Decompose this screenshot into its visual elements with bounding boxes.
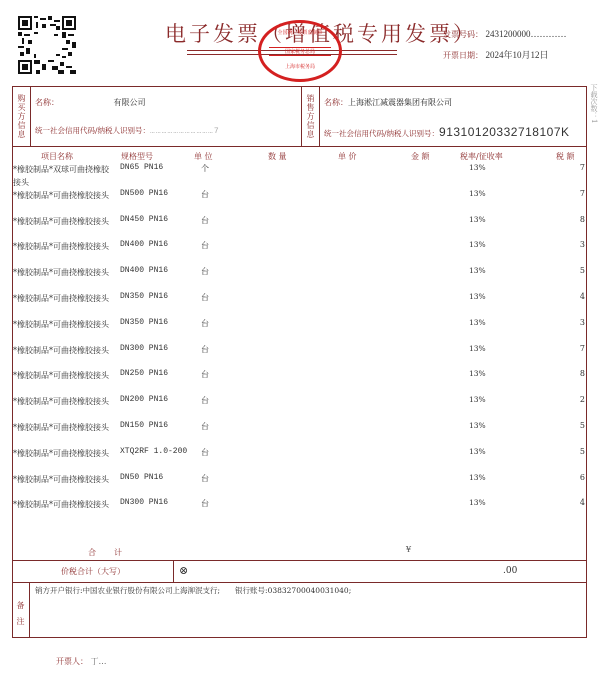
item-unit: 台	[201, 344, 209, 355]
item-name: *橡胶制品*可曲挠橡胶接头	[13, 447, 116, 460]
item-unit: 台	[201, 215, 209, 226]
item-tax-amount: 5	[580, 421, 585, 430]
item-tax-amount: 2	[580, 395, 585, 404]
item-spec: DN350 PN16	[120, 318, 168, 327]
table-row: *橡胶制品*可曲挠橡胶接头DN150 PN16台13%5	[13, 419, 586, 445]
item-tax-rate: 13%	[469, 421, 486, 430]
item-unit: 台	[201, 421, 209, 432]
item-unit: 台	[201, 369, 209, 380]
seller-name-value: 上海淞江减震器集团有限公司	[348, 98, 452, 107]
item-spec: DN150 PN16	[120, 421, 168, 430]
totals-label: 合计	[88, 547, 140, 558]
item-spec: DN350 PN16	[120, 292, 168, 301]
item-name: *橡胶制品*可曲挠橡胶接头	[13, 344, 116, 357]
item-tax-amount: 5	[580, 447, 585, 456]
buyer-name-label: 名称：	[35, 98, 59, 107]
item-tax-amount: 5	[580, 266, 585, 275]
item-spec: DN65 PN16	[120, 163, 163, 172]
remarks-section: 备注 销方开户银行:中国农业银行股份有限公司上海泖泯支行; 银行账号:03832…	[13, 583, 586, 637]
item-spec: DN400 PN16	[120, 266, 168, 275]
seller-name-label: 名称：	[324, 98, 348, 107]
qr-code	[18, 16, 76, 74]
buyer-name: 名称： 有限公司	[35, 97, 146, 108]
seller-name: 名称：上海淞江减震器集团有限公司	[324, 97, 452, 108]
item-tax-rate: 13%	[469, 344, 486, 353]
grand-total-label: 价税合计（大写）	[13, 561, 174, 582]
buyer-tax-id-label: 统一社会信用代码/纳税人识别号：	[35, 126, 150, 135]
item-spec: DN200 PN16	[120, 395, 168, 404]
buyer-tax-id: 统一社会信用代码/纳税人识别号：……………………………7	[35, 125, 220, 136]
issue-date-label: 开票日期：	[443, 51, 483, 60]
item-unit: 个	[201, 163, 209, 174]
item-name: *橡胶制品*可曲挠橡胶接头	[13, 421, 116, 434]
item-tax-rate: 13%	[469, 292, 486, 301]
invoice-number: 发票号码： 2431200000…………	[443, 29, 567, 40]
item-tax-rate: 13%	[469, 240, 486, 249]
line-items: *橡胶制品*双球可曲挠橡胶接头DN65 PN16个13%7*橡胶制品*可曲挠橡胶…	[13, 161, 586, 522]
item-spec: DN50 PN16	[120, 473, 163, 482]
item-tax-amount: 4	[580, 292, 585, 301]
download-count: 下载次数：1	[589, 84, 599, 123]
grand-total-amount: .00	[503, 566, 517, 576]
totals-row: 合计 ¥	[13, 519, 586, 561]
issuer: 开票人： 丁…	[56, 656, 107, 667]
item-tax-amount: 7	[580, 163, 585, 172]
issue-date: 开票日期： 2024年10月12日	[443, 48, 549, 61]
table-row: *橡胶制品*可曲挠橡胶接头DN300 PN16台13%7	[13, 342, 586, 368]
item-name: *橡胶制品*可曲挠橡胶接头	[13, 498, 116, 511]
item-tax-amount: 7	[580, 189, 585, 198]
item-spec: DN300 PN16	[120, 344, 168, 353]
issue-date-value: 2024年10月12日	[486, 50, 549, 60]
item-tax-rate: 13%	[469, 318, 486, 327]
item-tax-rate: 13%	[469, 473, 486, 482]
table-row: *橡胶制品*可曲挠橡胶接头DN250 PN16台13%8	[13, 367, 586, 393]
item-spec: DN500 PN16	[120, 189, 168, 198]
item-tax-rate: 13%	[469, 189, 486, 198]
buyer-side-label: 购买方信息	[13, 87, 31, 146]
seller-tax-id-label: 统一社会信用代码/纳税人识别号：	[324, 129, 439, 138]
item-tax-amount: 6	[580, 473, 585, 482]
item-spec: DN400 PN16	[120, 240, 168, 249]
item-unit: 台	[201, 447, 209, 458]
table-row: *橡胶制品*可曲挠橡胶接头DN50 PN16台13%6	[13, 471, 586, 497]
item-tax-rate: 13%	[469, 369, 486, 378]
table-row: *橡胶制品*可曲挠橡胶接头DN350 PN16台13%3	[13, 316, 586, 342]
item-unit: 台	[201, 473, 209, 484]
item-spec: DN250 PN16	[120, 369, 168, 378]
remarks-text: 销方开户银行:中国农业银行股份有限公司上海泖泯支行; 银行账号:03832700…	[35, 585, 351, 596]
seller-tax-id-value: 91310120332718107K	[439, 125, 569, 139]
grand-total-row: 价税合计（大写） ⊗ .00	[13, 561, 586, 583]
item-unit: 台	[201, 292, 209, 303]
buyer-tax-id-value: ……………………………7	[150, 127, 220, 136]
item-tax-rate: 13%	[469, 498, 486, 507]
table-row: *橡胶制品*可曲挠橡胶接头XTQ2RF 1.0-200台13%5	[13, 445, 586, 471]
item-name: *橡胶制品*双球可曲挠橡胶接头	[13, 163, 116, 189]
seal-text-middle: 国家税务总局	[269, 47, 331, 56]
item-name: *橡胶制品*可曲挠橡胶接头	[13, 189, 116, 202]
table-row: *橡胶制品*可曲挠橡胶接头DN400 PN16台13%5	[13, 264, 586, 290]
item-unit: 台	[201, 240, 209, 251]
item-name: *橡胶制品*可曲挠橡胶接头	[13, 266, 116, 279]
table-row: *橡胶制品*可曲挠橡胶接头DN450 PN16台13%8	[13, 213, 586, 239]
item-unit: 台	[201, 318, 209, 329]
item-tax-amount: 8	[580, 215, 585, 224]
item-tax-amount: 8	[580, 369, 585, 378]
item-spec: XTQ2RF 1.0-200	[120, 447, 187, 456]
item-tax-amount: 3	[580, 240, 585, 249]
buyer-name-value: 有限公司	[114, 98, 146, 107]
item-tax-rate: 13%	[469, 215, 486, 224]
item-name: *橡胶制品*可曲挠橡胶接头	[13, 318, 116, 331]
item-name: *橡胶制品*可曲挠橡胶接头	[13, 240, 116, 253]
issuer-label: 开票人：	[56, 657, 88, 666]
item-unit: 台	[201, 498, 209, 509]
invoice-body: 购买方信息 名称： 有限公司 统一社会信用代码/纳税人识别号：…………………………	[12, 86, 587, 638]
item-tax-amount: 3	[580, 318, 585, 327]
item-unit: 台	[201, 189, 209, 200]
table-row: *橡胶制品*可曲挠橡胶接头DN200 PN16台13%2	[13, 393, 586, 419]
item-name: *橡胶制品*可曲挠橡胶接头	[13, 395, 116, 408]
item-spec: DN450 PN16	[120, 215, 168, 224]
table-row: *橡胶制品*可曲挠橡胶接头DN500 PN16台13%7	[13, 187, 586, 213]
table-row: *橡胶制品*双球可曲挠橡胶接头DN65 PN16个13%7	[13, 161, 586, 187]
seller-side-label: 销售方信息	[302, 87, 320, 146]
item-name: *橡胶制品*可曲挠橡胶接头	[13, 369, 116, 382]
invoice-number-label: 发票号码：	[443, 30, 483, 39]
item-unit: 台	[201, 395, 209, 406]
invoice-number-value: 2431200000…………	[486, 29, 567, 39]
seal-text-top: 全国统一发票监制章	[261, 29, 339, 36]
issuer-name: 丁…	[91, 657, 107, 666]
table-row: *橡胶制品*可曲挠橡胶接头DN400 PN16台13%3	[13, 238, 586, 264]
item-spec: DN300 PN16	[120, 498, 168, 507]
item-tax-rate: 13%	[469, 266, 486, 275]
item-tax-amount: 7	[580, 344, 585, 353]
table-row: *橡胶制品*可曲挠橡胶接头DN350 PN16台13%4	[13, 290, 586, 316]
totals-currency: ¥	[406, 545, 411, 554]
seller-tax-id: 统一社会信用代码/纳税人识别号：91310120332718107K	[324, 125, 570, 139]
item-tax-amount: 4	[580, 498, 585, 507]
item-name: *橡胶制品*可曲挠橡胶接头	[13, 215, 116, 228]
item-tax-rate: 13%	[469, 395, 486, 404]
seller-section: 销售方信息 名称：上海淞江减震器集团有限公司 统一社会信用代码/纳税人识别号：9…	[302, 87, 586, 147]
item-tax-rate: 13%	[469, 163, 486, 172]
grand-total-words-symbol: ⊗	[179, 564, 188, 577]
tax-bureau-seal: 全国统一发票监制章 国家税务总局 上海市税务局	[258, 20, 342, 82]
item-tax-rate: 13%	[469, 447, 486, 456]
item-name: *橡胶制品*可曲挠橡胶接头	[13, 292, 116, 305]
seal-text-bottom: 上海市税务局	[261, 63, 339, 70]
buyer-section: 购买方信息 名称： 有限公司 统一社会信用代码/纳税人识别号：…………………………	[13, 87, 302, 147]
item-unit: 台	[201, 266, 209, 277]
item-name: *橡胶制品*可曲挠橡胶接头	[13, 473, 116, 486]
remarks-side-label: 备注	[13, 583, 30, 637]
